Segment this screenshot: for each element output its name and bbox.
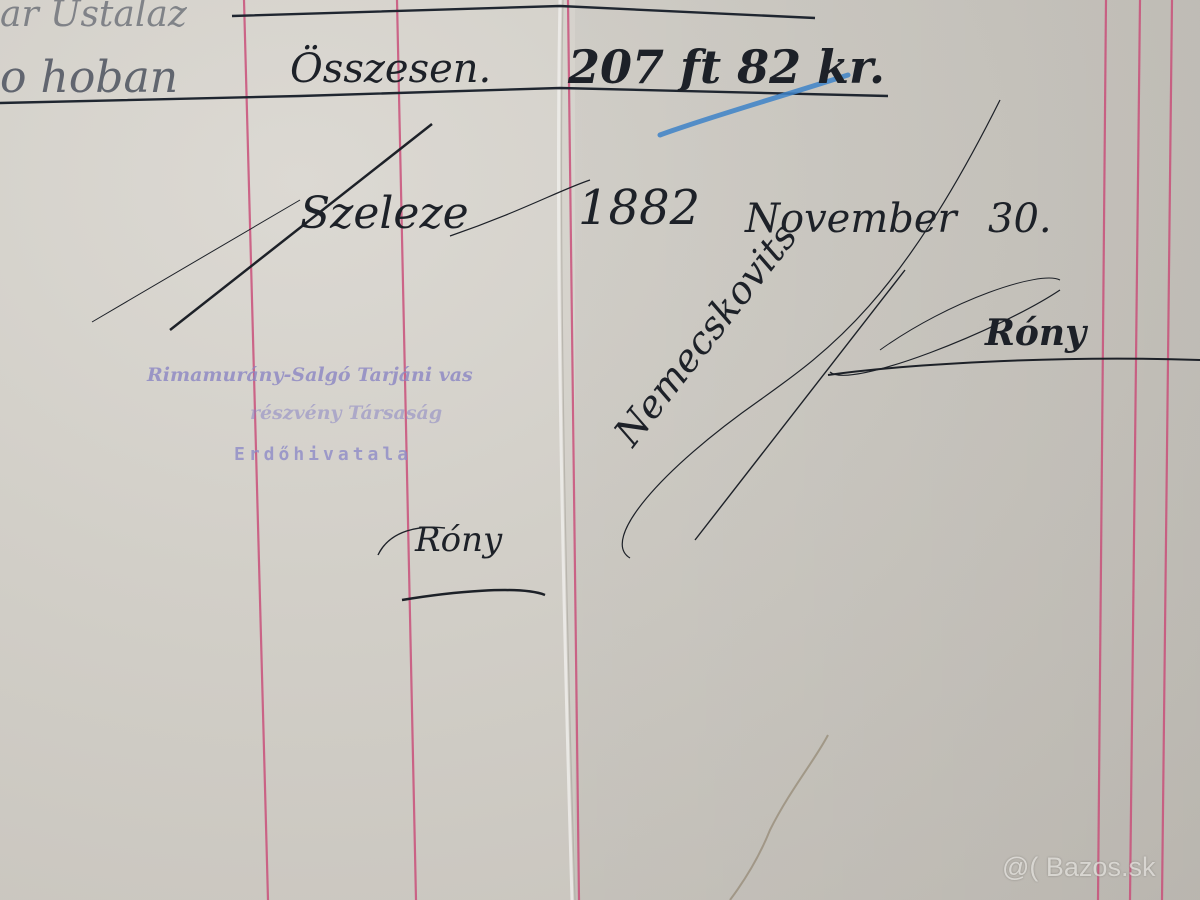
stamp-line-1: Rimamurány-Salgó Tarjáni vas (147, 364, 473, 386)
stamp-line-3: Erdőhivatala (234, 444, 412, 465)
bazos-watermark: @( Bazos.sk (1002, 852, 1155, 883)
date-place: Szeleze (300, 188, 469, 239)
lower-signature-underline (402, 590, 545, 600)
stamp-line-2: részvény Társaság (250, 402, 442, 424)
total-amount: 207 ft 82 kr. (568, 40, 885, 94)
document-photo: ar Ustalaz o hoban Összesen. 207 ft 82 k… (0, 0, 1200, 900)
lower-signature: Róny (415, 520, 502, 560)
ledger-rules-and-ink (0, 0, 1200, 900)
date-day: 30. (988, 196, 1052, 242)
amount-prefix: o hoban (0, 52, 178, 103)
paper-crack (730, 735, 828, 900)
total-label: Összesen. (290, 46, 491, 92)
top-line-fragment: ar Ustalaz (0, 0, 187, 35)
date-year: 1882 (578, 180, 700, 236)
at-icon: @( Bazos.sk (1002, 852, 1155, 882)
right-signature: Róny (985, 312, 1086, 354)
